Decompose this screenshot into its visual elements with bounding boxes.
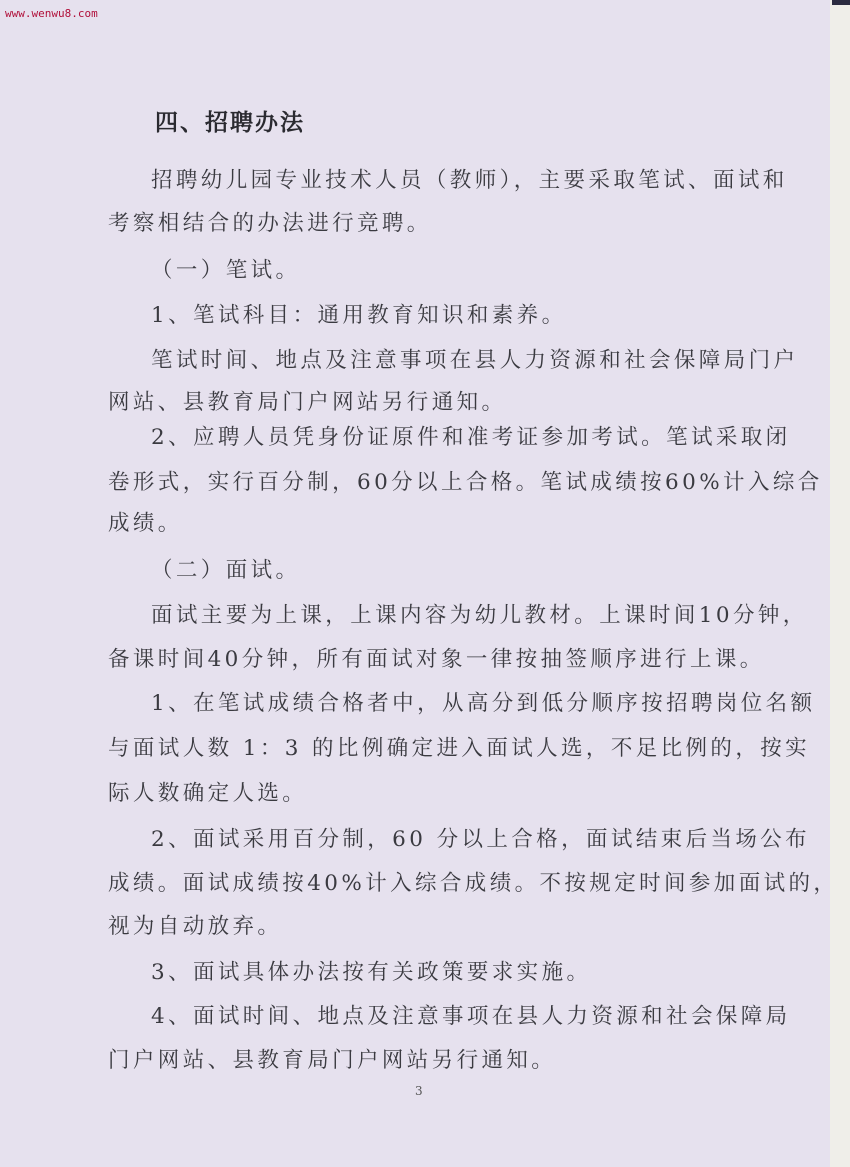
paragraph-line: 视为自动放弃。 [108, 909, 282, 940]
paragraph-line: （一）笔试。 [151, 253, 300, 284]
paragraph-line: 考察相结合的办法进行竞聘。 [108, 206, 432, 237]
paragraph-line: 际人数确定人选。 [108, 776, 307, 807]
scan-corner-mark [832, 0, 850, 5]
paragraph-line: 1、笔试科目：通用教育知识和素养。 [151, 298, 566, 329]
paragraph-line: 备课时间40分钟，所有面试对象一律按抽签顺序进行上课。 [108, 642, 765, 673]
paragraph-line: 成绩。 [108, 506, 183, 537]
paragraph-line: （二）面试。 [151, 553, 300, 584]
paragraph-line: 成绩。面试成绩按40%计入综合成绩。不按规定时间参加面试的， [108, 866, 838, 897]
paragraph-line: 门户网站、县教育局门户网站另行通知。 [108, 1043, 556, 1074]
paragraph-line: 卷形式，实行百分制，60分以上合格。笔试成绩按60%计入综合 [108, 465, 823, 496]
paragraph-line: 笔试时间、地点及注意事项在县人力资源和社会保障局门户 [151, 343, 798, 374]
paragraph-line: 2、面试采用百分制，60 分以上合格，面试结束后当场公布 [151, 822, 810, 853]
paragraph-line: 招聘幼儿园专业技术人员（教师），主要采取笔试、面试和 [151, 163, 788, 194]
document-page: www.wenwu8.com 四、招聘办法 招聘幼儿园专业技术人员（教师），主要… [0, 0, 830, 1167]
paragraph-line: 1、在笔试成绩合格者中，从高分到低分顺序按招聘岗位名额 [151, 686, 815, 717]
section-heading: 四、招聘办法 [155, 104, 305, 137]
watermark: www.wenwu8.com [5, 7, 98, 20]
paragraph-line: 4、面试时间、地点及注意事项在县人力资源和社会保障局 [151, 999, 791, 1030]
scan-edge [830, 0, 850, 1167]
paragraph-line: 网站、县教育局门户网站另行通知。 [108, 385, 506, 416]
page-number: 3 [415, 1084, 423, 1098]
paragraph-line: 3、面试具体办法按有关政策要求实施。 [151, 955, 591, 986]
paragraph-line: 面试主要为上课，上课内容为幼儿教材。上课时间10分钟， [151, 598, 808, 629]
paragraph-line: 与面试人数 1：3 的比例确定进入面试人选，不足比例的，按实 [108, 731, 810, 762]
paragraph-line: 2、应聘人员凭身份证原件和准考证参加考试。笔试采取闭 [151, 420, 791, 451]
